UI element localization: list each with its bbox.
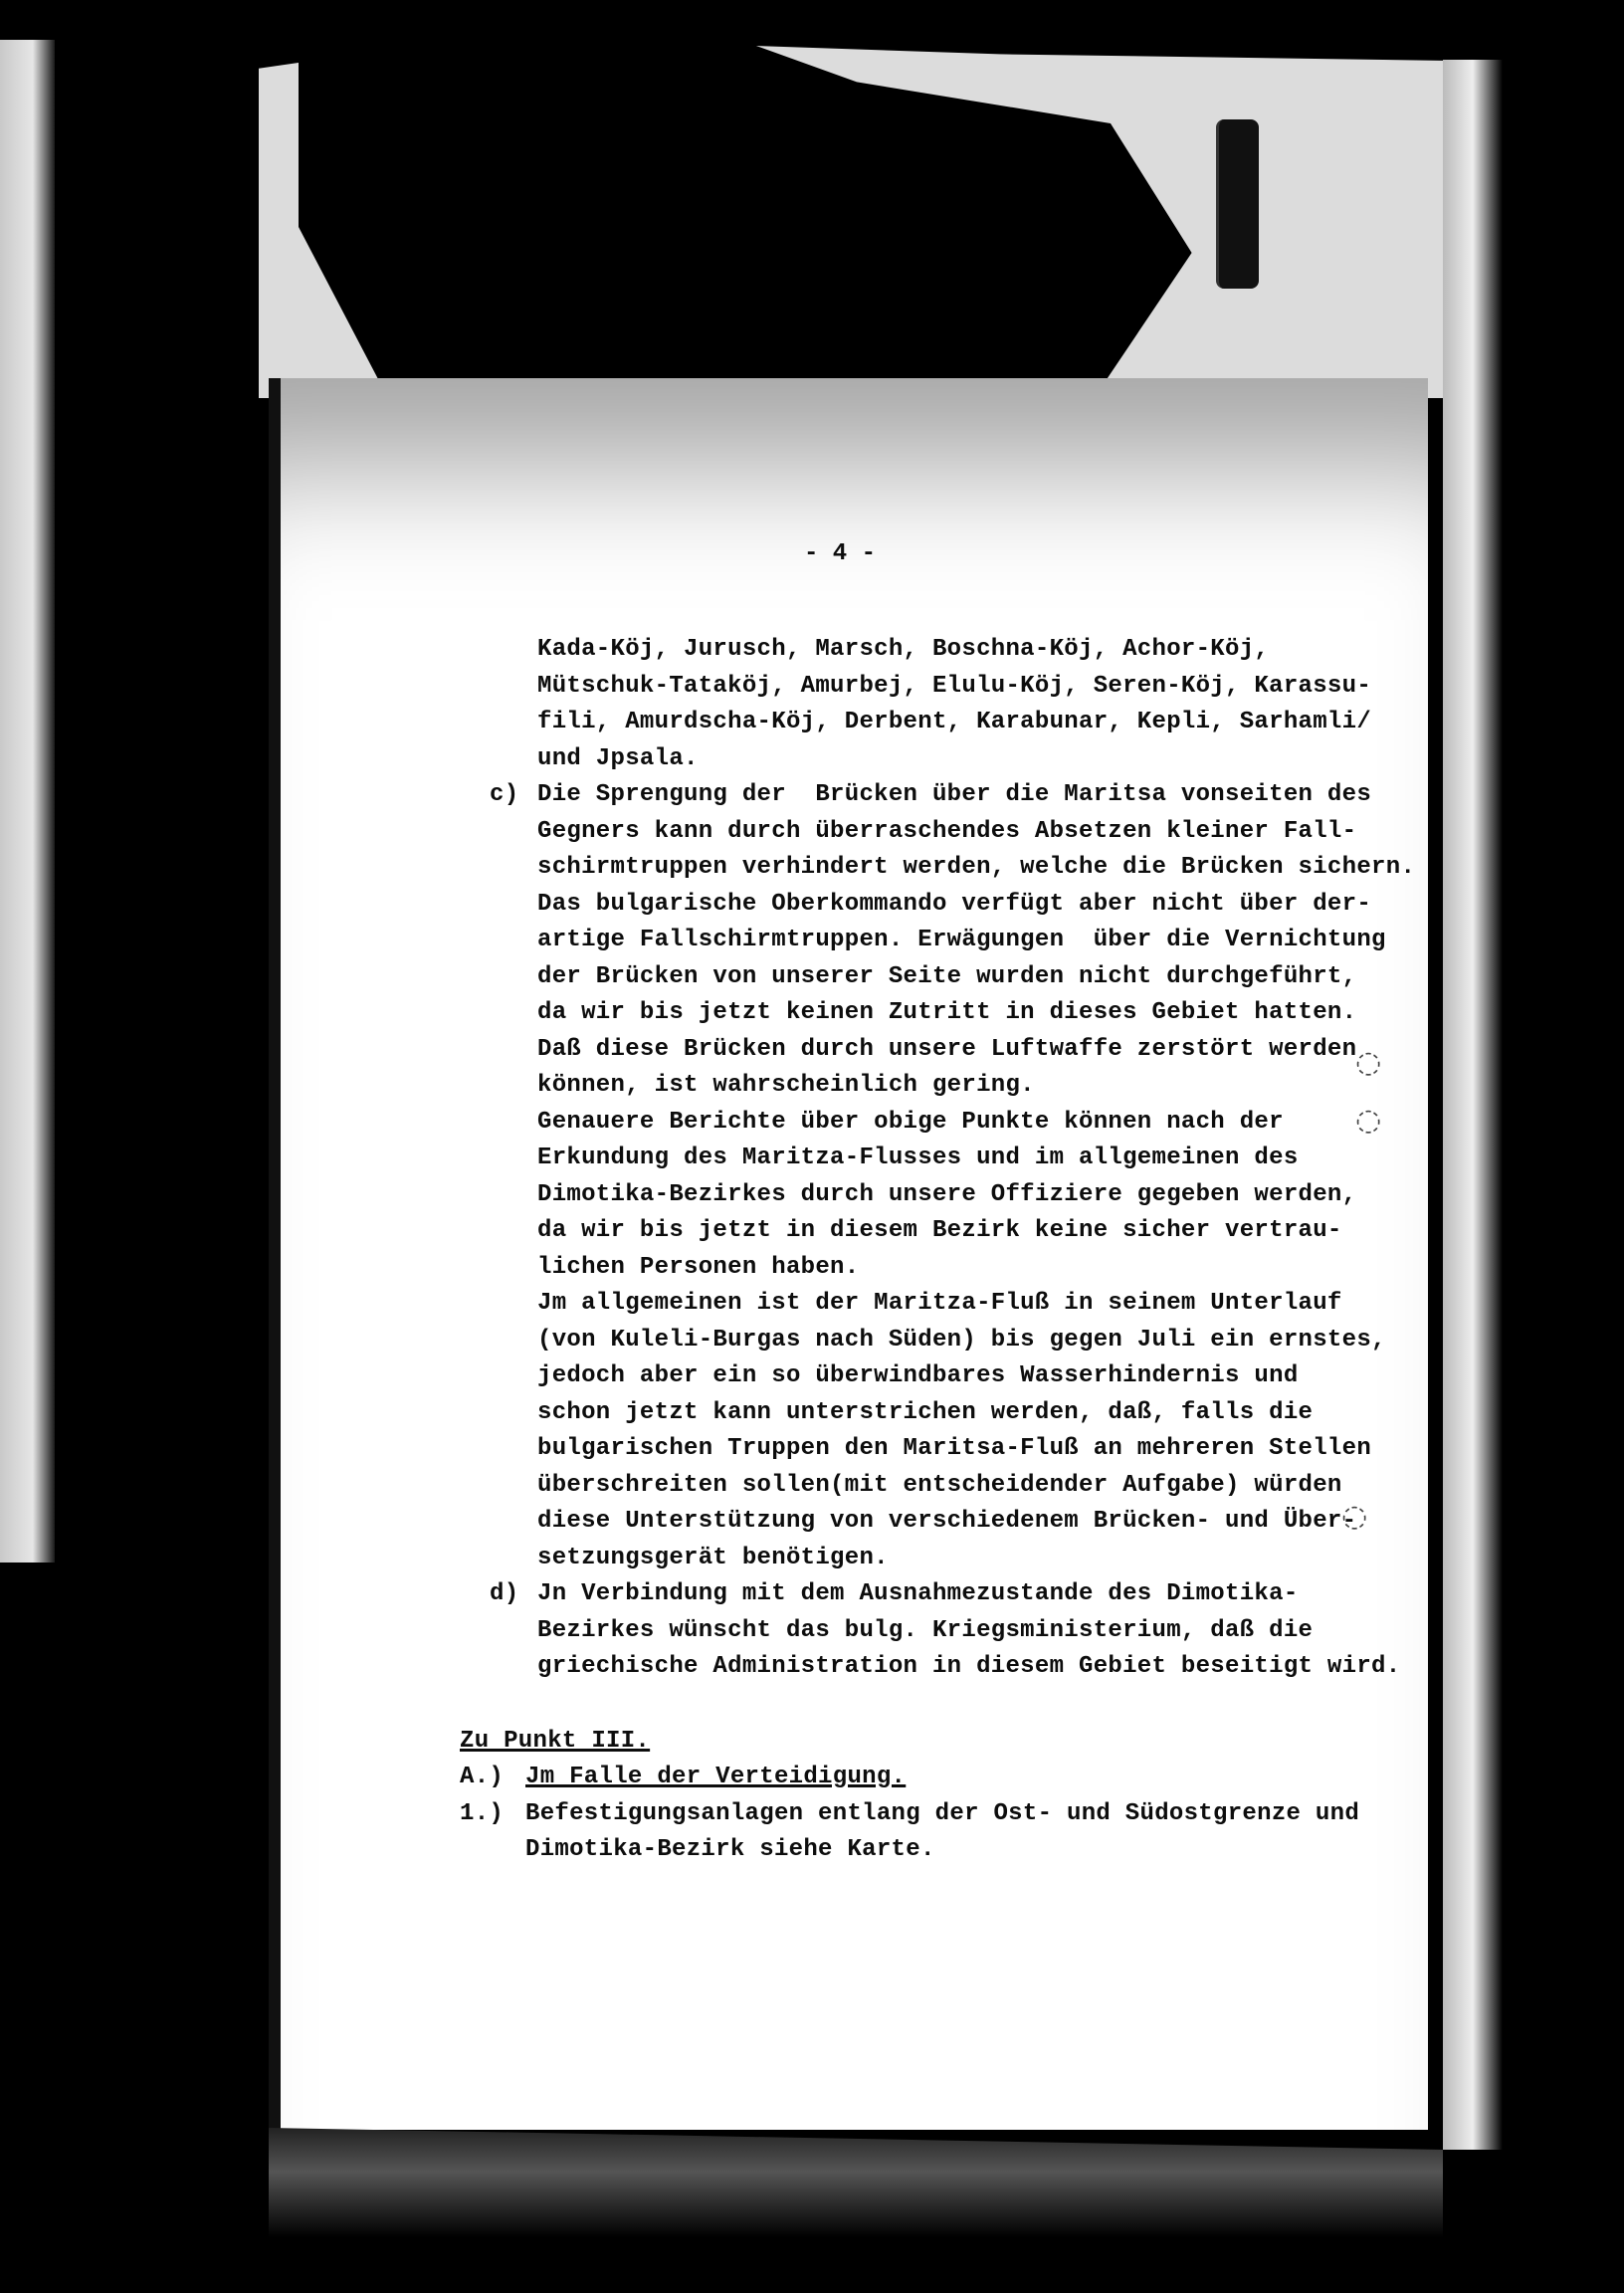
text-line: da wir bis jetzt in diesem Bezirk keine … — [537, 1213, 1415, 1250]
spacer — [537, 1686, 1453, 1724]
item-text: Die Sprengung der Brücken über die Marit… — [537, 777, 1415, 1576]
text-line: und Jpsala. — [537, 741, 1453, 778]
item-marker: d) — [490, 1576, 537, 1686]
text-line: Mütschuk-Tataköj, Amurbej, Elulu-Köj, Se… — [537, 669, 1453, 706]
item-text: Befestigungsanlagen entlang der Ost- und… — [525, 1796, 1359, 1869]
section-heading: Zu Punkt III. — [460, 1724, 1453, 1761]
text-line: fili, Amurdscha-Köj, Derbent, Karabunar,… — [537, 705, 1453, 741]
document-body: Kada-Köj, Jurusch, Marsch, Boschna-Köj, … — [537, 632, 1453, 1869]
margin-hole-mark: ◌ — [1355, 1103, 1381, 1138]
text-line: da wir bis jetzt keinen Zutritt in diese… — [537, 995, 1415, 1032]
text-line: Bezirkes wünscht das bulg. Kriegsministe… — [537, 1613, 1400, 1650]
text-line: Dimotika-Bezirk siehe Karte. — [525, 1832, 1359, 1869]
item-marker: 1.) — [460, 1796, 525, 1869]
text-line: diese Unterstützung von verschiedenem Br… — [537, 1504, 1415, 1541]
text-line: bulgarischen Truppen den Maritsa-Fluß an… — [537, 1431, 1415, 1468]
text-line: jedoch aber ein so überwindbares Wasserh… — [537, 1358, 1415, 1395]
adjacent-page-edge-left — [0, 40, 55, 1563]
text-line: schon jetzt kann unterstrichen werden, d… — [537, 1395, 1415, 1432]
text-line: überschreiten sollen(mit entscheidender … — [537, 1468, 1415, 1505]
text-line: Befestigungsanlagen entlang der Ost- und… — [525, 1796, 1359, 1833]
text-line: setzungsgerät benötigen. — [537, 1541, 1415, 1577]
item-marker: c) — [490, 777, 537, 1576]
subsection-marker: A.) — [460, 1760, 525, 1796]
text-line: Kada-Köj, Jurusch, Marsch, Boschna-Köj, … — [537, 632, 1453, 669]
text-line: (von Kuleli-Burgas nach Süden) bis gegen… — [537, 1323, 1415, 1359]
text-line: Jm allgemeinen ist der Maritza-Fluß in s… — [537, 1286, 1415, 1323]
text-line: Genauere Berichte über obige Punkte könn… — [537, 1105, 1415, 1142]
page-bottom-shadow — [269, 2128, 1443, 2237]
text-line: artige Fallschirmtruppen. Erwägungen übe… — [537, 923, 1415, 959]
text-line: schirmtruppen verhindert werden, welche … — [537, 850, 1415, 887]
text-line: Dimotika-Bezirkes durch unsere Offiziere… — [537, 1177, 1415, 1214]
page-number: - 4 - — [804, 540, 876, 567]
text-line: griechische Administration in diesem Geb… — [537, 1649, 1400, 1686]
intro-paragraph: Kada-Köj, Jurusch, Marsch, Boschna-Köj, … — [537, 632, 1453, 777]
item-text: Jn Verbindung mit dem Ausnahmezustande d… — [537, 1576, 1400, 1686]
section-block: Zu Punkt III. A.) Jm Falle der Verteidig… — [460, 1724, 1453, 1869]
subsection-title: Jm Falle der Verteidigung. — [525, 1760, 906, 1796]
text-line: Daß diese Brücken durch unsere Luftwaffe… — [537, 1032, 1415, 1069]
text-line: der Brücken von unserer Seite wurden nic… — [537, 959, 1415, 996]
numbered-item-1: 1.) Befestigungsanlagen entlang der Ost-… — [460, 1796, 1453, 1869]
text-line: Die Sprengung der Brücken über die Marit… — [537, 777, 1415, 814]
margin-hole-mark: ◌ — [1341, 1499, 1367, 1534]
object-knob — [1216, 119, 1259, 289]
list-item-d: d) Jn Verbindung mit dem Ausnahmezustand… — [537, 1576, 1453, 1686]
text-line: Gegners kann durch überraschendes Absetz… — [537, 814, 1415, 851]
subsection-heading: A.) Jm Falle der Verteidigung. — [460, 1760, 1453, 1796]
text-line: Jn Verbindung mit dem Ausnahmezustande d… — [537, 1576, 1400, 1613]
text-line: können, ist wahrscheinlich gering. — [537, 1068, 1415, 1105]
margin-hole-mark: ◌ — [1355, 1045, 1381, 1080]
text-line: Erkundung des Maritza-Flusses und im all… — [537, 1141, 1415, 1177]
list-item-c: c) Die Sprengung der Brücken über die Ma… — [537, 777, 1453, 1576]
text-line: Das bulgarische Oberkommando verfügt abe… — [537, 887, 1415, 924]
text-line: lichen Personen haben. — [537, 1250, 1415, 1287]
